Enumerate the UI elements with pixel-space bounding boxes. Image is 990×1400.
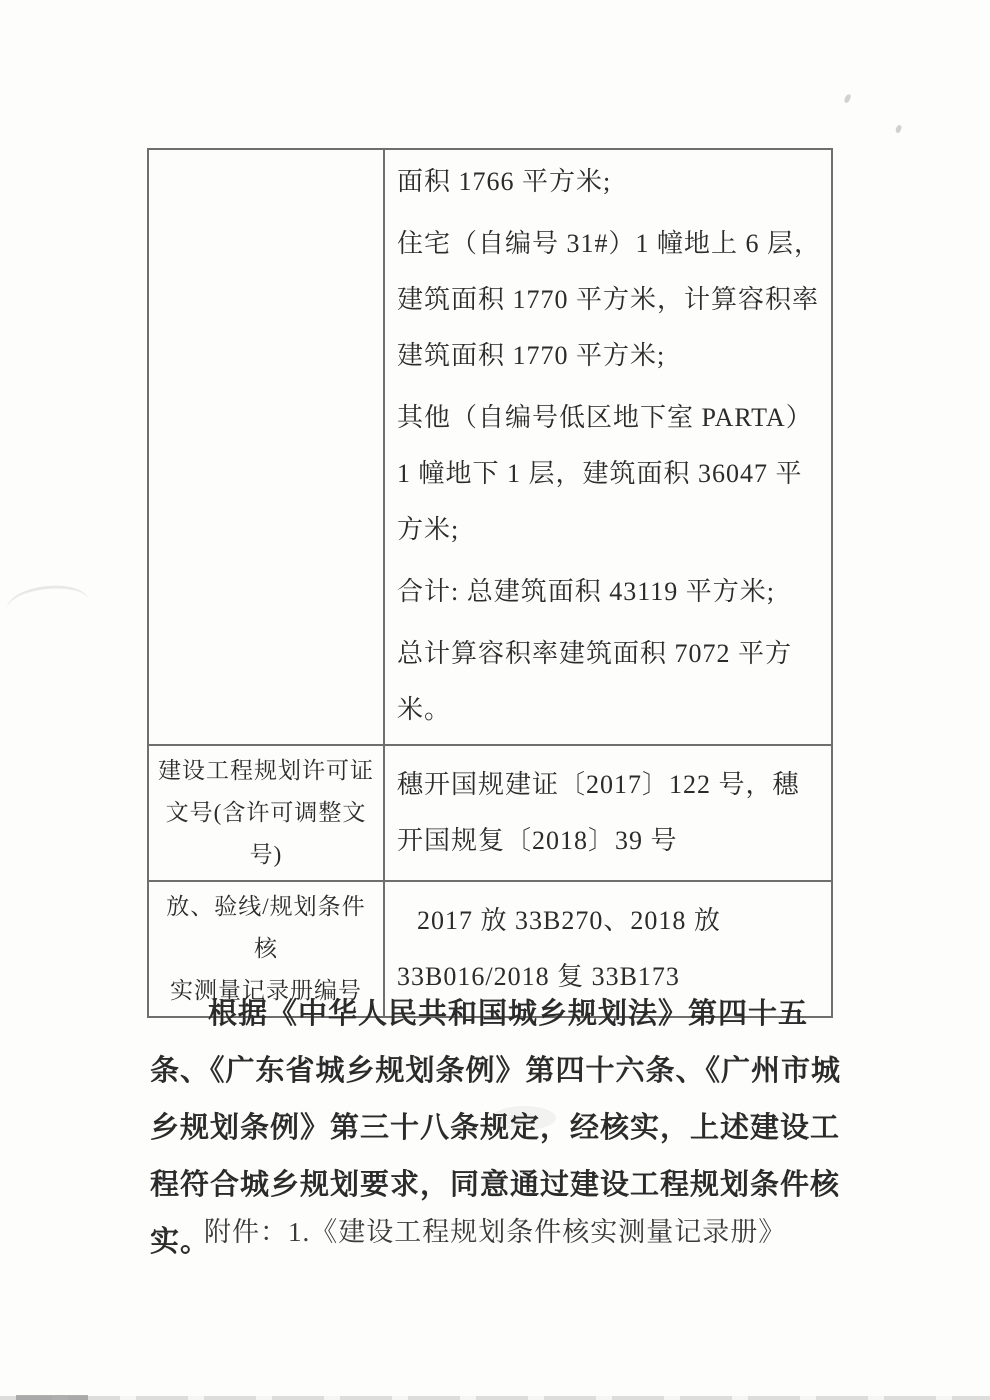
area-line: 合计: 总建筑面积 43119 平方米; <box>397 564 823 620</box>
area-line: 总计算容积率建筑面积 7072 平方米。 <box>397 626 823 738</box>
permit-label-cell: 建设工程规划许可证 文号(含许可调整文号) <box>148 745 384 881</box>
area-line: 住宅（自编号 31#）1 幢地上 6 层，建筑面积 1770 平方米，计算容积率… <box>397 216 823 384</box>
survey-label-line: 放、验线/规划条件核 <box>155 886 377 970</box>
permit-label-line: 文号(含许可调整文号) <box>155 792 377 876</box>
permit-label-line: 建设工程规划许可证 <box>155 750 377 792</box>
document-page: 面积 1766 平方米; 住宅（自编号 31#）1 幢地上 6 层，建筑面积 1… <box>0 0 990 1400</box>
approval-paragraph: 根据《中华人民共和国城乡规划法》第四十五条、《广东省城乡规划条例》第四十六条、《… <box>150 986 850 1271</box>
table-row-permit-number: 建设工程规划许可证 文号(含许可调整文号) 穗开国规建证〔2017〕122 号，… <box>148 745 832 881</box>
scan-speck <box>843 93 851 103</box>
areas-label-cell-empty <box>148 149 384 745</box>
areas-value-cell: 面积 1766 平方米; 住宅（自编号 31#）1 幢地上 6 层，建筑面积 1… <box>384 149 832 745</box>
permit-value-cell: 穗开国规建证〔2017〕122 号，穗开国规复〔2018〕39 号 <box>384 745 832 881</box>
scan-smudge <box>5 582 89 609</box>
scan-bottom-edge-artifact <box>0 1396 990 1400</box>
area-line: 其他（自编号低区地下室 PARTA）1 幢地下 1 层，建筑面积 36047 平… <box>397 390 823 558</box>
table-row-areas: 面积 1766 平方米; 住宅（自编号 31#）1 幢地上 6 层，建筑面积 1… <box>148 149 832 745</box>
area-line: 面积 1766 平方米; <box>397 154 823 210</box>
scan-speck <box>895 124 902 133</box>
planning-verification-table: 面积 1766 平方米; 住宅（自编号 31#）1 幢地上 6 层，建筑面积 1… <box>147 148 833 1018</box>
scan-bottom-edge-artifact <box>16 1395 88 1400</box>
